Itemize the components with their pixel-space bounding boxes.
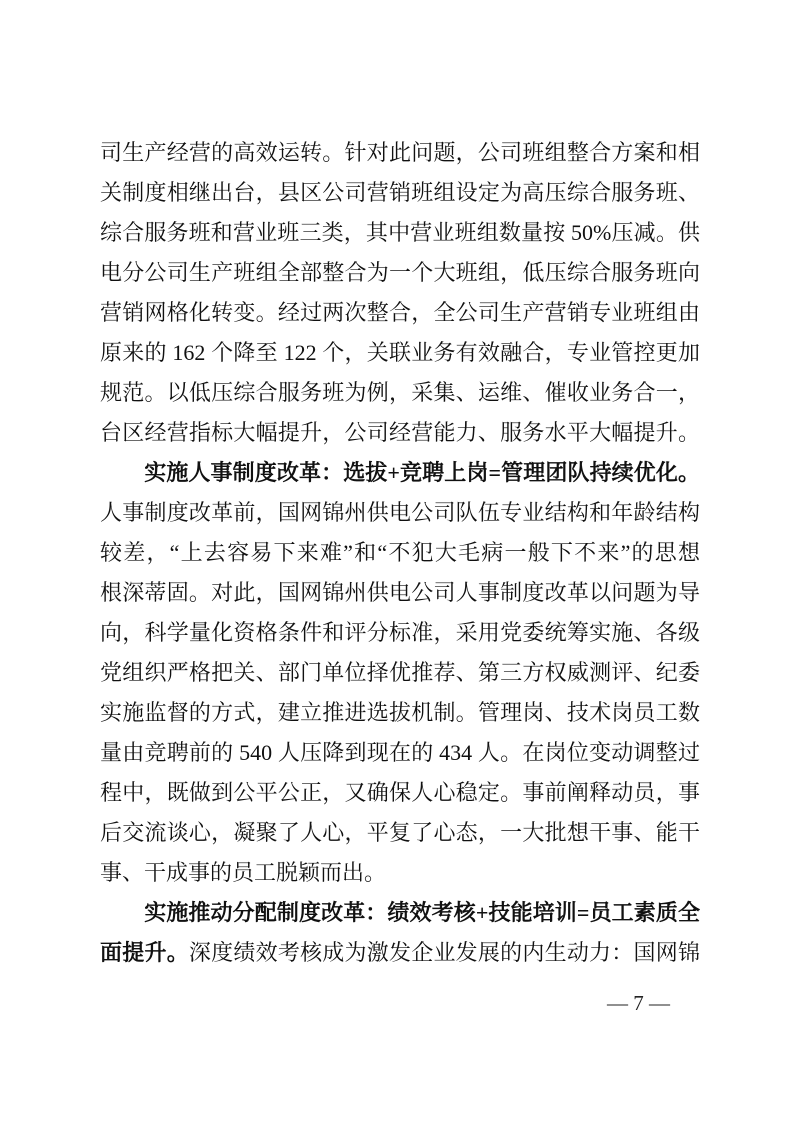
text-line-9: 实施人事制度改革：选拔+竞聘上岗=管理团队持续优化。 (100, 453, 700, 493)
text-line-12: 根深蒂固。对此，国网锦州供电公司人事制度改革以问题为导 (100, 573, 700, 613)
text-line-6: 原来的 162 个降至 122 个，关联业务有效融合，专业管控更加 (100, 333, 700, 373)
text-segment: 党组织严格把关、部门单位择优推荐、第三方权威测评、纪委 (100, 660, 700, 685)
text-segment: 电分公司生产班组全部整合为一个大班组，低压综合服务班向 (100, 260, 700, 285)
bold-text-segment: 实施推动分配制度改革：绩效考核+技能培训=员工素质全 (100, 900, 700, 925)
text-segment: 关制度相继出台，县区公司营销班组设定为高压综合服务班、 (100, 180, 700, 205)
text-segment: 原来的 162 个降至 122 个，关联业务有效融合，专业管控更加 (100, 340, 700, 365)
text-segment: 综合服务班和营业班三类，其中营业班组数量按 50%压减。供 (100, 220, 700, 245)
text-line-8: 台区经营指标大幅提升，公司经营能力、服务水平大幅提升。 (100, 413, 700, 453)
text-line-11: 较差，“上去容易下来难”和“不犯大毛病一般下不来”的思想 (100, 533, 700, 573)
text-segment: 人事制度改革前，国网锦州供电公司队伍专业结构和年龄结构 (100, 500, 700, 525)
bold-text-segment: 实施人事制度改革：选拔+竞聘上岗=管理团队持续优化。 (100, 460, 700, 485)
text-segment: 事、干成事的员工脱颖而出。 (100, 860, 386, 885)
text-line-4: 电分公司生产班组全部整合为一个大班组，低压综合服务班向 (100, 253, 700, 293)
document-body: 司生产经营的高效运转。针对此问题，公司班组整合方案和相关制度相继出台，县区公司营… (100, 133, 700, 973)
text-segment: 向，科学量化资格条件和评分标准，采用党委统筹实施、各级 (100, 620, 700, 645)
text-line-15: 实施监督的方式，建立推进选拔机制。管理岗、技术岗员工数 (100, 693, 700, 733)
text-segment: 程中，既做到公平公正，又确保人心稳定。事前阐释动员，事 (100, 780, 700, 805)
text-line-19: 事、干成事的员工脱颖而出。 (100, 853, 700, 893)
text-segment: 台区经营指标大幅提升，公司经营能力、服务水平大幅提升。 (100, 420, 700, 445)
text-segment: 量由竞聘前的 540 人压降到现在的 434 人。在岗位变动调整过 (100, 740, 700, 765)
text-line-21: 面提升。深度绩效考核成为激发企业发展的内生动力：国网锦 (100, 933, 700, 973)
text-line-18: 后交流谈心，凝聚了人心，平复了心态，一大批想干事、能干 (100, 813, 700, 853)
text-line-17: 程中，既做到公平公正，又确保人心稳定。事前阐释动员，事 (100, 773, 700, 813)
text-line-2: 关制度相继出台，县区公司营销班组设定为高压综合服务班、 (100, 173, 700, 213)
text-segment: 实施监督的方式，建立推进选拔机制。管理岗、技术岗员工数 (100, 700, 700, 725)
text-line-7: 规范。以低压综合服务班为例，采集、运维、催收业务合一， (100, 373, 700, 413)
text-line-14: 党组织严格把关、部门单位择优推荐、第三方权威测评、纪委 (100, 653, 700, 693)
text-segment: 后交流谈心，凝聚了人心，平复了心态，一大批想干事、能干 (100, 820, 700, 845)
text-line-5: 营销网格化转变。经过两次整合，全公司生产营销专业班组由 (100, 293, 700, 333)
page-number: — 7 — (607, 991, 670, 1015)
text-segment: 深度绩效考核成为激发企业发展的内生动力：国网锦 (189, 940, 700, 965)
document-page: 司生产经营的高效运转。针对此问题，公司班组整合方案和相关制度相继出台，县区公司营… (0, 0, 794, 1123)
text-line-20: 实施推动分配制度改革：绩效考核+技能培训=员工素质全 (100, 893, 700, 933)
text-line-13: 向，科学量化资格条件和评分标准，采用党委统筹实施、各级 (100, 613, 700, 653)
text-segment: 规范。以低压综合服务班为例，采集、运维、催收业务合一， (100, 380, 700, 405)
text-segment: 司生产经营的高效运转。针对此问题，公司班组整合方案和相 (100, 140, 700, 165)
bold-text-segment: 面提升。 (100, 940, 189, 965)
text-segment: 营销网格化转变。经过两次整合，全公司生产营销专业班组由 (100, 300, 700, 325)
text-line-16: 量由竞聘前的 540 人压降到现在的 434 人。在岗位变动调整过 (100, 733, 700, 773)
text-line-1: 司生产经营的高效运转。针对此问题，公司班组整合方案和相 (100, 133, 700, 173)
text-segment: 根深蒂固。对此，国网锦州供电公司人事制度改革以问题为导 (100, 580, 700, 605)
text-segment: 较差，“上去容易下来难”和“不犯大毛病一般下不来”的思想 (100, 540, 700, 565)
text-line-3: 综合服务班和营业班三类，其中营业班组数量按 50%压减。供 (100, 213, 700, 253)
text-line-10: 人事制度改革前，国网锦州供电公司队伍专业结构和年龄结构 (100, 493, 700, 533)
